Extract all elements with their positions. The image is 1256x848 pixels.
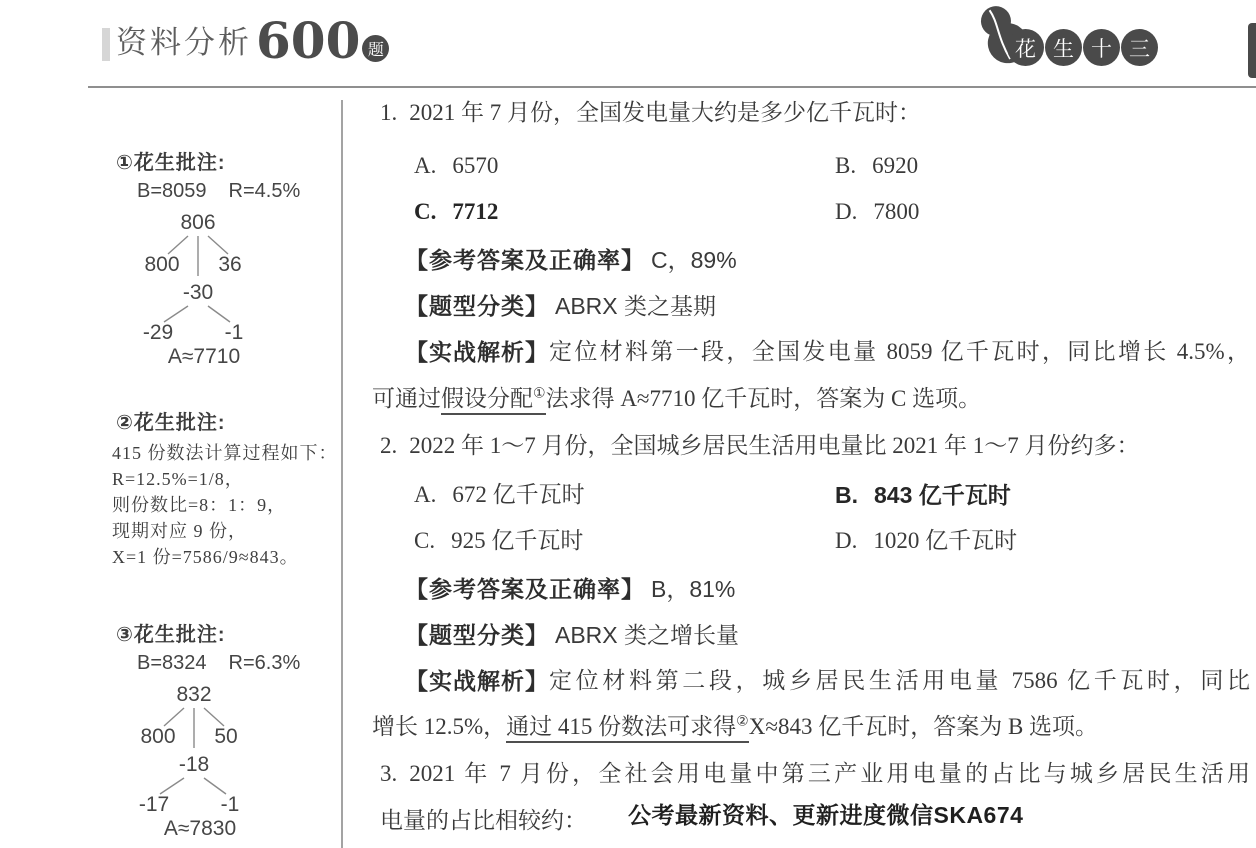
option-C: C. 925 亿千瓦时 xyxy=(414,526,835,556)
option-A-label: A. xyxy=(414,151,436,181)
question2-answer-line: 【参考答案及正确率】B，81% xyxy=(372,574,1256,605)
answer-label: 【参考答案及正确率】 xyxy=(405,247,645,273)
note-ref-2: ② xyxy=(736,714,749,729)
answer-value: B，81% xyxy=(651,576,735,602)
note2-line5: X=1 份=7586/9≈843。 xyxy=(112,544,338,570)
type-label: 【题型分类】 xyxy=(405,622,549,648)
note3-given-r: R=6.3% xyxy=(229,652,301,674)
option-B-label: B. xyxy=(835,480,858,510)
analysis-text-2-post: 法求得 A≈7710 亿千瓦时，答案为 C 选项。 xyxy=(546,386,982,411)
option-C: C. 7712 xyxy=(414,197,835,227)
book-title-badge: 题 xyxy=(362,35,389,62)
method-name: 假设分配 xyxy=(441,386,533,411)
note3-given: B=8324R=6.3% xyxy=(137,652,300,675)
option-D: D. 1020 亿千瓦时 xyxy=(835,526,1017,556)
question3-number: 3. xyxy=(380,759,397,789)
note2-line4: 现期对应 9 份， xyxy=(112,518,338,544)
option-B: B. 6920 xyxy=(835,151,918,181)
question1-number: 1. xyxy=(380,98,397,128)
question1-options-row2: C. 7712 D. 7800 xyxy=(372,197,1256,227)
tree-mid: -18 xyxy=(179,754,209,775)
note2-heading: ②花生批注: xyxy=(116,406,226,435)
answer-label: 【参考答案及正确率】 xyxy=(405,576,645,602)
option-D-label: D. xyxy=(835,197,857,227)
brand-name: 花 生 十 三 xyxy=(1007,29,1159,66)
note3-heading: ③花生批注: xyxy=(116,618,226,647)
option-A-label: A. xyxy=(414,480,436,510)
tree-bottom-left: -29 xyxy=(143,322,173,343)
tree-root: 832 xyxy=(176,684,211,705)
page-edge-mark xyxy=(1248,23,1256,78)
note3-tree: 832 800 50 -18 -17 -1 A≈7830 xyxy=(128,682,258,842)
analysis-text-1: 定位材料第一段，全国发电量 8059 亿千瓦时，同比增长 4.5%， xyxy=(549,337,1250,367)
tree-left: 800 xyxy=(140,726,175,747)
question1-answer-line: 【参考答案及正确率】C，89% xyxy=(372,245,1256,276)
tree-right: 50 xyxy=(214,726,237,747)
note1-given: B=8059R=4.5% xyxy=(137,180,300,203)
analysis-text-2-post: X≈843 亿千瓦时，答案为 B 选项。 xyxy=(749,714,1098,739)
option-D: D. 7800 xyxy=(835,197,919,227)
option-D-text: 1020 亿千瓦时 xyxy=(873,526,1017,556)
option-B-label: B. xyxy=(835,151,856,181)
tree-bottom-right: -1 xyxy=(221,794,240,815)
column-divider xyxy=(341,100,343,848)
note3-given-b: B=8324 xyxy=(137,652,207,674)
note2-line1: 415 份数法计算过程如下： xyxy=(112,440,338,466)
analysis-text-1: 定位材料第二段，城乡居民生活用电量 7586 亿千瓦时，同比 xyxy=(549,666,1250,696)
question2-analysis-line1: 【实战解析】 定位材料第二段，城乡居民生活用电量 7586 亿千瓦时，同比 xyxy=(372,666,1256,696)
tree-bottom-left: -17 xyxy=(139,794,169,815)
question1-text: 2021 年 7 月份，全国发电量大约是多少亿千瓦时： xyxy=(409,98,921,128)
question2-options-row2: C. 925 亿千瓦时 D. 1020 亿千瓦时 xyxy=(372,526,1256,556)
option-B-text: 6920 xyxy=(872,151,918,181)
note2-line3: 则份数比=8：1：9， xyxy=(112,492,338,518)
option-D-label: D. xyxy=(835,526,857,556)
question1-options-row1: A. 6570 B. 6920 xyxy=(372,151,1256,181)
option-A-text: 672 亿千瓦时 xyxy=(452,480,584,510)
question1-analysis-line2: 可通过假设分配①法求得 A≈7710 亿千瓦时，答案为 C 选项。 xyxy=(372,384,1256,414)
option-D-text: 7800 xyxy=(873,197,919,227)
header-edge-tick xyxy=(102,28,110,61)
book-page: 资料分析 600 题 花 生 十 三 ①花生批注: B=8059R=4.5% xyxy=(0,0,1256,848)
option-C-text: 7712 xyxy=(452,197,498,227)
question2-text: 2022 年 1～7 月份，全国城乡居民生活用电量比 2021 年 1～7 月份… xyxy=(409,431,1139,461)
question2-number: 2. xyxy=(380,431,397,461)
question1-analysis-line1: 【实战解析】 定位材料第一段，全国发电量 8059 亿千瓦时，同比增长 4.5%… xyxy=(372,337,1256,367)
note2-body: 415 份数法计算过程如下： R=12.5%=1/8， 则份数比=8：1：9， … xyxy=(112,440,338,570)
analysis-text-2-pre: 可通过 xyxy=(372,386,441,411)
analysis-underlined-method: 假设分配① xyxy=(441,386,546,415)
note-ref-1: ① xyxy=(533,386,546,401)
header-rule xyxy=(88,86,1256,88)
question3-text-line1: 2021 年 7 月份，全社会用电量中第三产业用电量的占比与城乡居民生活用 xyxy=(409,759,1250,789)
watermark-text: 公考最新资料、更新进度微信SKA674 xyxy=(622,795,1029,832)
type-label: 【题型分类】 xyxy=(405,293,549,319)
question2-stem: 2. 2022 年 1～7 月份，全国城乡居民生活用电量比 2021 年 1～7… xyxy=(372,431,1256,461)
type-value: ABRX 类之基期 xyxy=(555,293,716,319)
book-title-number: 600 xyxy=(256,18,360,63)
brand-logo: 花 生 十 三 xyxy=(975,2,1225,68)
brand-char-3: 十 xyxy=(1083,29,1120,66)
tree-mid: -30 xyxy=(183,282,213,303)
question3-text-line2: 电量的占比相较约： xyxy=(380,808,587,833)
method-name: 通过 415 份数法可求得 xyxy=(506,714,736,739)
question1-stem: 1. 2021 年 7 月份，全国发电量大约是多少亿千瓦时： xyxy=(372,98,1256,128)
note1-given-b: B=8059 xyxy=(137,180,207,202)
analysis-label: 【实战解析】 xyxy=(405,337,549,367)
question3-stem-line1: 3. 2021 年 7 月份，全社会用电量中第三产业用电量的占比与城乡居民生活用 xyxy=(372,759,1256,789)
tree-result: A≈7710 xyxy=(168,346,240,367)
answer-value: C，89% xyxy=(651,247,737,273)
question2-analysis-line2: 增长 12.5%，通过 415 份数法可求得②X≈843 亿千瓦时，答案为 B … xyxy=(372,712,1256,742)
brand-char-2: 生 xyxy=(1045,29,1082,66)
type-value: ABRX 类之增长量 xyxy=(555,622,739,648)
book-title: 资料分析 xyxy=(116,27,252,63)
option-C-label: C. xyxy=(414,197,436,227)
note1-given-r: R=4.5% xyxy=(229,180,301,202)
option-C-label: C. xyxy=(414,526,435,556)
option-C-text: 925 亿千瓦时 xyxy=(451,526,583,556)
analysis-text-2-pre: 增长 12.5%， xyxy=(372,714,506,739)
analysis-label: 【实战解析】 xyxy=(405,666,549,696)
tree-root: 806 xyxy=(180,212,215,233)
page-header: 资料分析 600 题 xyxy=(116,18,389,63)
option-A: A. 6570 xyxy=(414,151,835,181)
brand-char-4: 三 xyxy=(1121,29,1158,66)
note1-tree: 806 800 36 -30 -29 -1 A≈7710 xyxy=(132,210,262,370)
tree-right: 36 xyxy=(218,254,241,275)
analysis-underlined-method: 通过 415 份数法可求得② xyxy=(506,714,749,743)
option-B-text: 843 亿千瓦时 xyxy=(874,480,1011,510)
brand-char-1: 花 xyxy=(1007,29,1044,66)
question2-type-line: 【题型分类】ABRX 类之增长量 xyxy=(372,620,1256,651)
option-B: B. 843 亿千瓦时 xyxy=(835,480,1011,510)
option-A-text: 6570 xyxy=(452,151,498,181)
question1-type-line: 【题型分类】ABRX 类之基期 xyxy=(372,291,1256,322)
tree-result: A≈7830 xyxy=(164,818,236,839)
tree-bottom-right: -1 xyxy=(225,322,244,343)
question2-options-row1: A. 672 亿千瓦时 B. 843 亿千瓦时 xyxy=(372,480,1256,510)
note2-line2: R=12.5%=1/8， xyxy=(112,466,338,492)
tree-left: 800 xyxy=(144,254,179,275)
note1-heading: ①花生批注: xyxy=(116,146,226,175)
option-A: A. 672 亿千瓦时 xyxy=(414,480,835,510)
